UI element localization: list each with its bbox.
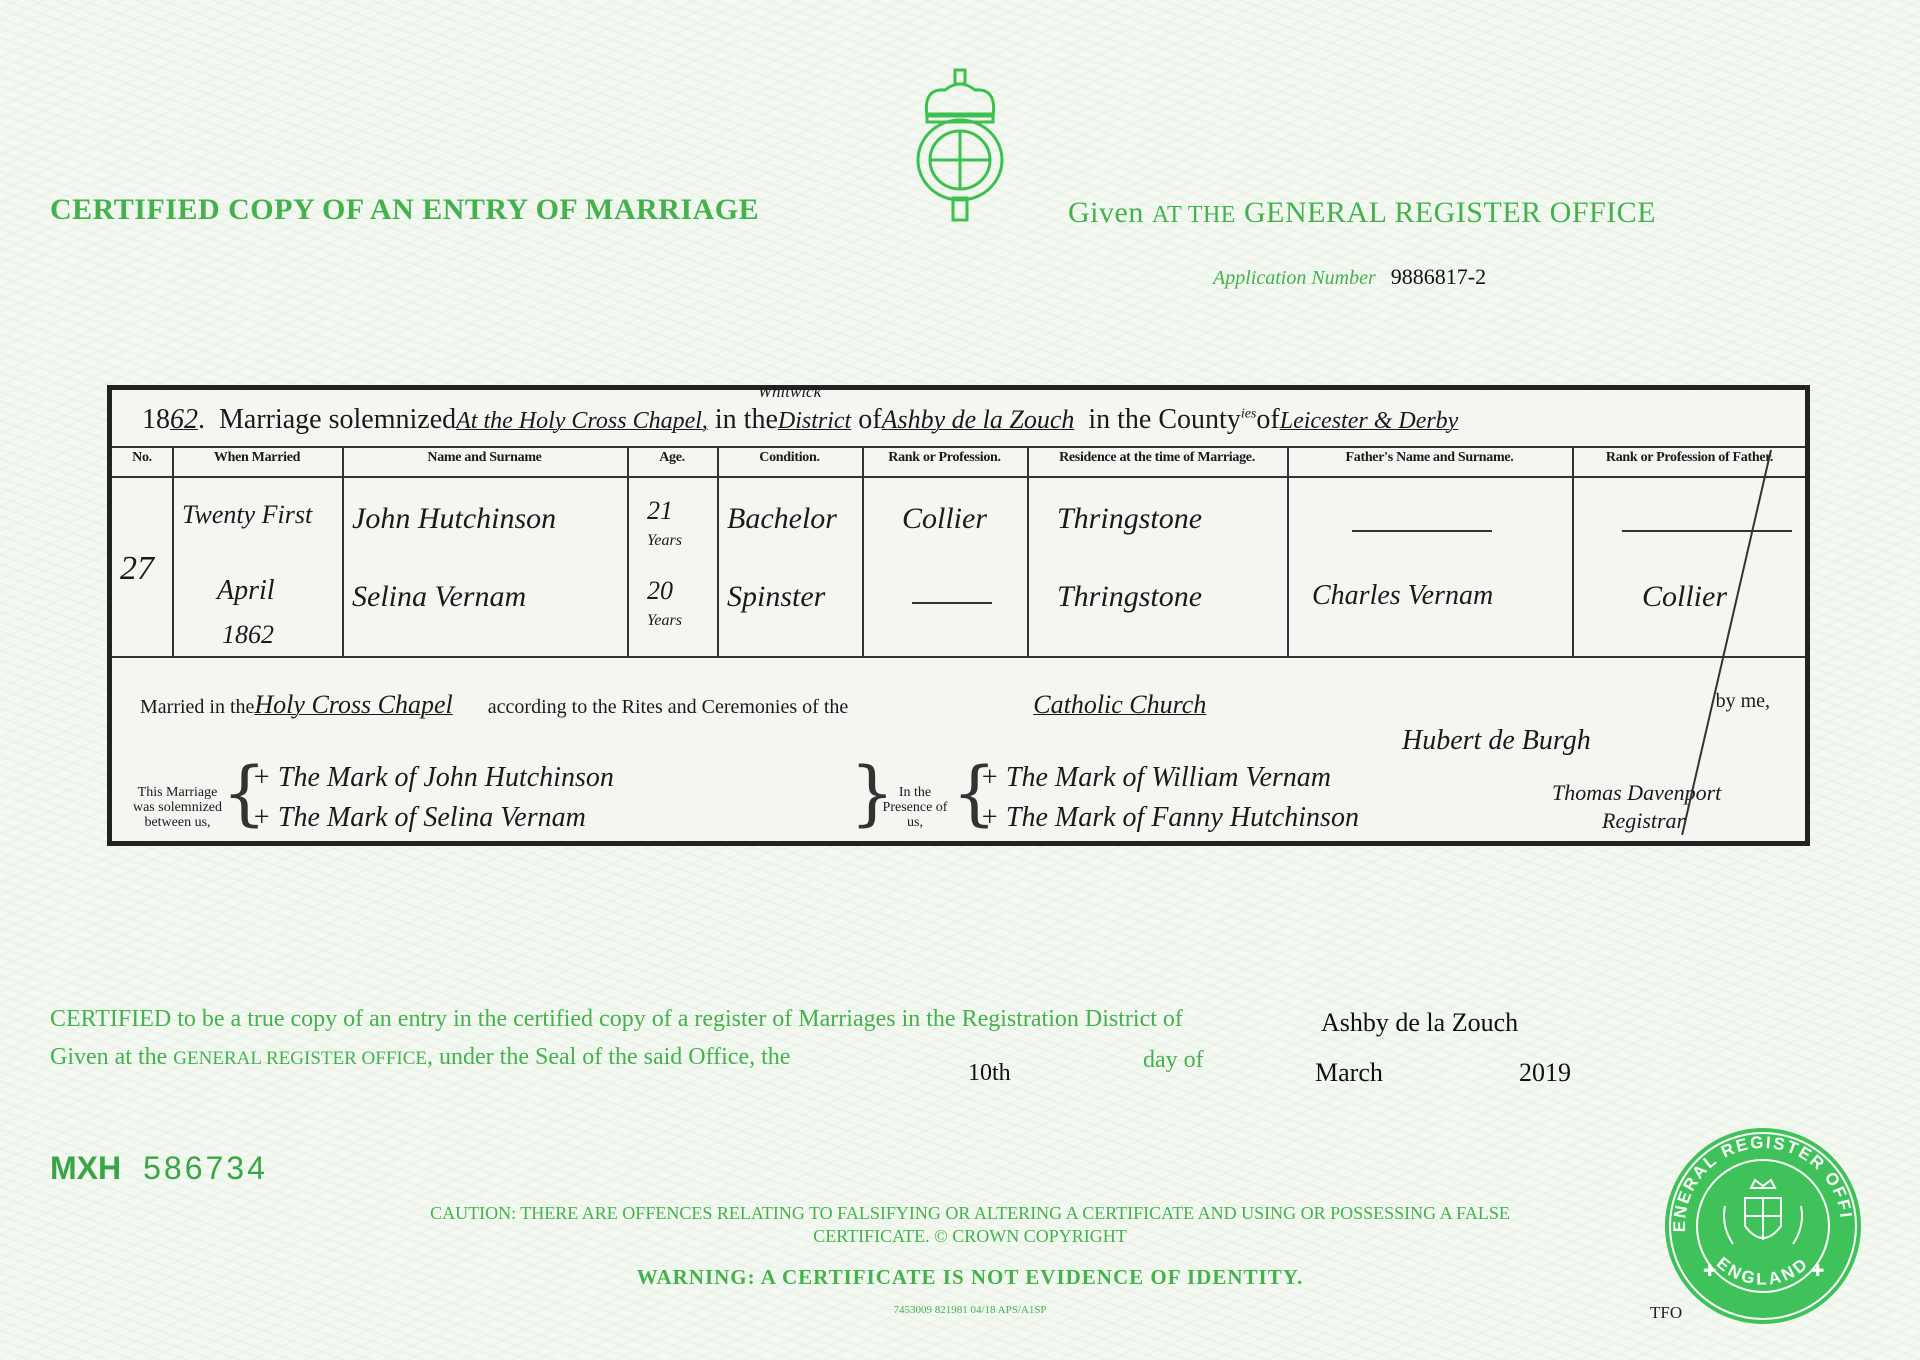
serial-prefix: MXH xyxy=(50,1150,121,1186)
column-header-name: Name and Surname xyxy=(342,450,627,474)
when-married-month: April xyxy=(217,575,275,607)
registrar-title: Registrar xyxy=(1602,808,1685,834)
office-name: GENERAL REGISTER OFFICE xyxy=(1244,196,1656,229)
certification-given-line: Given at the General Register Office, un… xyxy=(50,1044,790,1071)
bride-mark: + The Mark of Selina Vernam xyxy=(252,802,586,834)
identity-warning: WARNING: A CERTIFICATE IS NOT EVIDENCE O… xyxy=(370,1265,1570,1290)
column-divider xyxy=(342,448,344,656)
in-the-label: in the xyxy=(715,404,778,435)
column-header-residence: Residence at the time of Marriage. xyxy=(1027,450,1287,474)
county-name: Leicester & Derby xyxy=(1280,408,1459,434)
presence-label: In the Presence of us, xyxy=(880,785,950,830)
witness-mark-2: + The Mark of Fanny Hutchinson xyxy=(980,802,1359,834)
seal-clause: , under the Seal of the said Office, the xyxy=(427,1044,790,1070)
when-married-day: Twenty First xyxy=(182,500,312,530)
solemnized-label: Marriage solemnized xyxy=(219,404,456,435)
divider xyxy=(112,446,1805,448)
certification-day: 10th xyxy=(968,1060,1011,1087)
entry-number: 27 xyxy=(120,550,154,588)
certification-district: Ashby de la Zouch xyxy=(1321,1008,1518,1038)
certification-month: March xyxy=(1315,1058,1383,1088)
bride-father-profession: Collier xyxy=(1642,580,1727,614)
rites-label: according to the Rites and Ceremonies of… xyxy=(488,696,848,718)
column-divider xyxy=(627,448,629,656)
bride-condition: Spinster xyxy=(727,580,825,614)
column-header-father-profession: Rank or Profession of Father. xyxy=(1572,450,1807,474)
application-number-value: 9886817-2 xyxy=(1391,264,1486,289)
column-divider xyxy=(172,448,174,656)
bride-residence: Thringstone xyxy=(1057,580,1202,614)
groom-name: John Hutchinson xyxy=(352,502,556,536)
registrar-signature: Thomas Davenport xyxy=(1552,780,1721,806)
groom-condition: Bachelor xyxy=(727,502,837,536)
between-label: This Marriage was solemnized between us, xyxy=(130,785,225,830)
royal-crest-icon xyxy=(905,68,1015,228)
certificate-serial: MXH586734 xyxy=(50,1150,268,1187)
column-divider xyxy=(1027,448,1029,656)
officiant-signature: Hubert de Burgh xyxy=(1402,725,1591,757)
bride-age: 20 xyxy=(647,576,673,606)
certificate-title: CERTIFIED COPY OF AN ENTRY OF MARRIAGE xyxy=(50,193,759,227)
county-of-label: of xyxy=(1256,404,1279,435)
application-number-label: Application Number xyxy=(1213,267,1376,289)
column-divider xyxy=(1572,448,1574,656)
county-correction: ies xyxy=(1241,407,1257,422)
column-header-condition: Condition. xyxy=(717,450,862,474)
divider xyxy=(112,476,1805,478)
office-name-smallcaps: General Register Office xyxy=(173,1048,427,1069)
svg-text:✚: ✚ xyxy=(1703,1263,1716,1280)
issuer-code: TFO xyxy=(1650,1303,1682,1323)
caution-notice: CAUTION: THERE ARE OFFENCES RELATING TO … xyxy=(370,1202,1570,1248)
church-name: Catholic Church xyxy=(1033,690,1206,719)
given-word: Given xyxy=(1068,196,1144,229)
married-in-label: Married in the xyxy=(140,696,254,718)
issuing-office-title: Given at the GENERAL REGISTER OFFICE xyxy=(1068,196,1656,230)
column-header-profession: Rank or Profession. xyxy=(862,450,1027,474)
divider xyxy=(112,656,1805,658)
bride-name: Selina Vernam xyxy=(352,580,526,614)
certification-statement: CERTIFIED to be a true copy of an entry … xyxy=(50,1006,1183,1033)
bride-father-name: Charles Vernam xyxy=(1312,580,1493,612)
year-prefix: 18 xyxy=(142,404,170,435)
day-of-label: day of xyxy=(1143,1047,1204,1074)
gro-seal-icon: GENERAL REGISTER OFFICE ENGLAND ✚ ✚ xyxy=(1663,1126,1863,1326)
when-married-year: 1862 xyxy=(222,620,274,650)
groom-father-name-blank xyxy=(1352,530,1492,532)
district-word: DistrictWhitwick xyxy=(778,408,851,434)
married-in-place: Holy Cross Chapel xyxy=(254,690,452,719)
married-in-line: Married in theHoly Cross Chapel accordin… xyxy=(140,690,1206,720)
county-label: in the County xyxy=(1088,404,1240,435)
groom-residence: Thringstone xyxy=(1057,502,1202,536)
bride-age-unit: Years xyxy=(647,612,682,630)
groom-profession: Collier xyxy=(902,502,987,536)
solemnized-place: At the Holy Cross Chapel, xyxy=(456,408,708,434)
column-divider xyxy=(862,448,864,656)
column-header-age: Age. xyxy=(627,450,717,474)
district-correction: Whitwick xyxy=(758,382,821,402)
application-number: Application Number 9886817-2 xyxy=(1213,264,1486,290)
column-header-when-married: When Married xyxy=(172,450,342,474)
district-word-text: District xyxy=(778,408,851,434)
register-entry: 1862. Marriage solemnizedAt the Holy Cro… xyxy=(107,385,1810,846)
at-the-words: at the xyxy=(1152,202,1236,228)
groom-father-profession-blank xyxy=(1622,530,1792,532)
column-header-no: No. xyxy=(112,450,172,474)
register-heading: 1862. Marriage solemnizedAt the Holy Cro… xyxy=(142,404,1458,436)
district-name: Ashby de la Zouch xyxy=(882,405,1075,434)
column-divider xyxy=(1287,448,1289,656)
year-suffix: 62 xyxy=(170,404,198,435)
certification-year: 2019 xyxy=(1519,1058,1571,1088)
groom-age-unit: Years xyxy=(647,532,682,550)
given-at-label: Given at the xyxy=(50,1044,167,1070)
bride-profession-blank xyxy=(912,602,992,604)
groom-age: 21 xyxy=(647,496,673,526)
column-divider xyxy=(717,448,719,656)
by-me-label: by me, xyxy=(1716,690,1770,713)
witness-mark-1: + The Mark of William Vernam xyxy=(980,762,1331,794)
serial-number: 586734 xyxy=(143,1150,268,1186)
column-header-father-name: Father's Name and Surname. xyxy=(1287,450,1572,474)
groom-mark: + The Mark of John Hutchinson xyxy=(252,762,614,794)
print-code: 7453009 821981 04/18 APS/A1SP xyxy=(370,1304,1570,1316)
of-label: of xyxy=(858,404,881,435)
svg-text:✚: ✚ xyxy=(1811,1263,1824,1280)
